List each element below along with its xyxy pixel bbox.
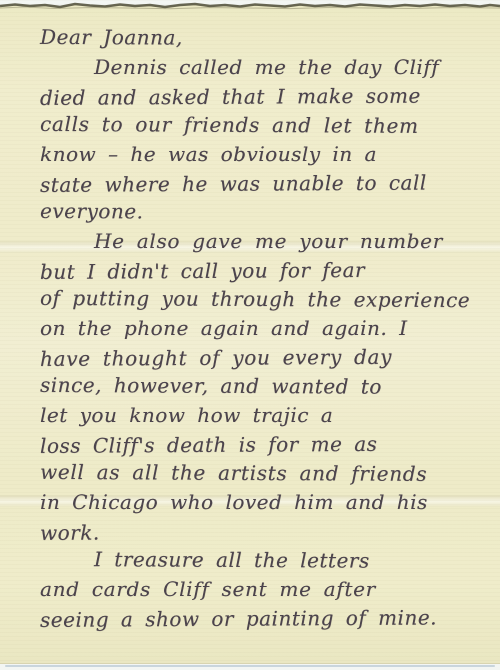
letter-line: of putting you through the experience xyxy=(40,284,488,315)
letter-line: but I didn't call you for fear xyxy=(40,255,488,287)
letter-line: Dennis called me the day Cliff xyxy=(40,53,488,82)
letter-line: know – he was obviously in a xyxy=(40,140,488,169)
letter-body: Dear Joanna,Dennis called me the day Cli… xyxy=(40,24,488,633)
letter-line: died and asked that I make some xyxy=(40,81,488,113)
letter-line: on the phone again and again. I xyxy=(40,314,488,343)
letter-line: everyone. xyxy=(40,197,488,228)
letter-line: state where he was unable to call xyxy=(40,168,488,200)
letter-line: since, however, and wanted to xyxy=(40,371,488,402)
torn-edge-decoration xyxy=(0,0,500,14)
letter-line: loss Cliff's death is for me as xyxy=(40,429,488,461)
letter-line: have thought of you every day xyxy=(40,342,488,374)
letter-line: well as all the artists and friends xyxy=(40,458,488,489)
letter-line: Dear Joanna, xyxy=(40,23,488,54)
letter-scan: Dear Joanna,Dennis called me the day Cli… xyxy=(0,0,500,670)
letter-line: in Chicago who loved him and his xyxy=(40,488,488,517)
letter-line: and cards Cliff sent me after xyxy=(40,575,488,604)
letter-line: work. xyxy=(40,516,488,548)
letter-line: I treasure all the letters xyxy=(40,545,488,576)
letter-line: calls to our friends and let them xyxy=(40,110,488,141)
scan-shadow xyxy=(5,665,495,667)
letter-line: let you know how trajic a xyxy=(40,401,488,430)
letter-line: He also gave me your number xyxy=(40,227,488,256)
letter-line: seeing a show or painting of mine. xyxy=(40,603,488,635)
letter-paper: Dear Joanna,Dennis called me the day Cli… xyxy=(0,0,500,664)
